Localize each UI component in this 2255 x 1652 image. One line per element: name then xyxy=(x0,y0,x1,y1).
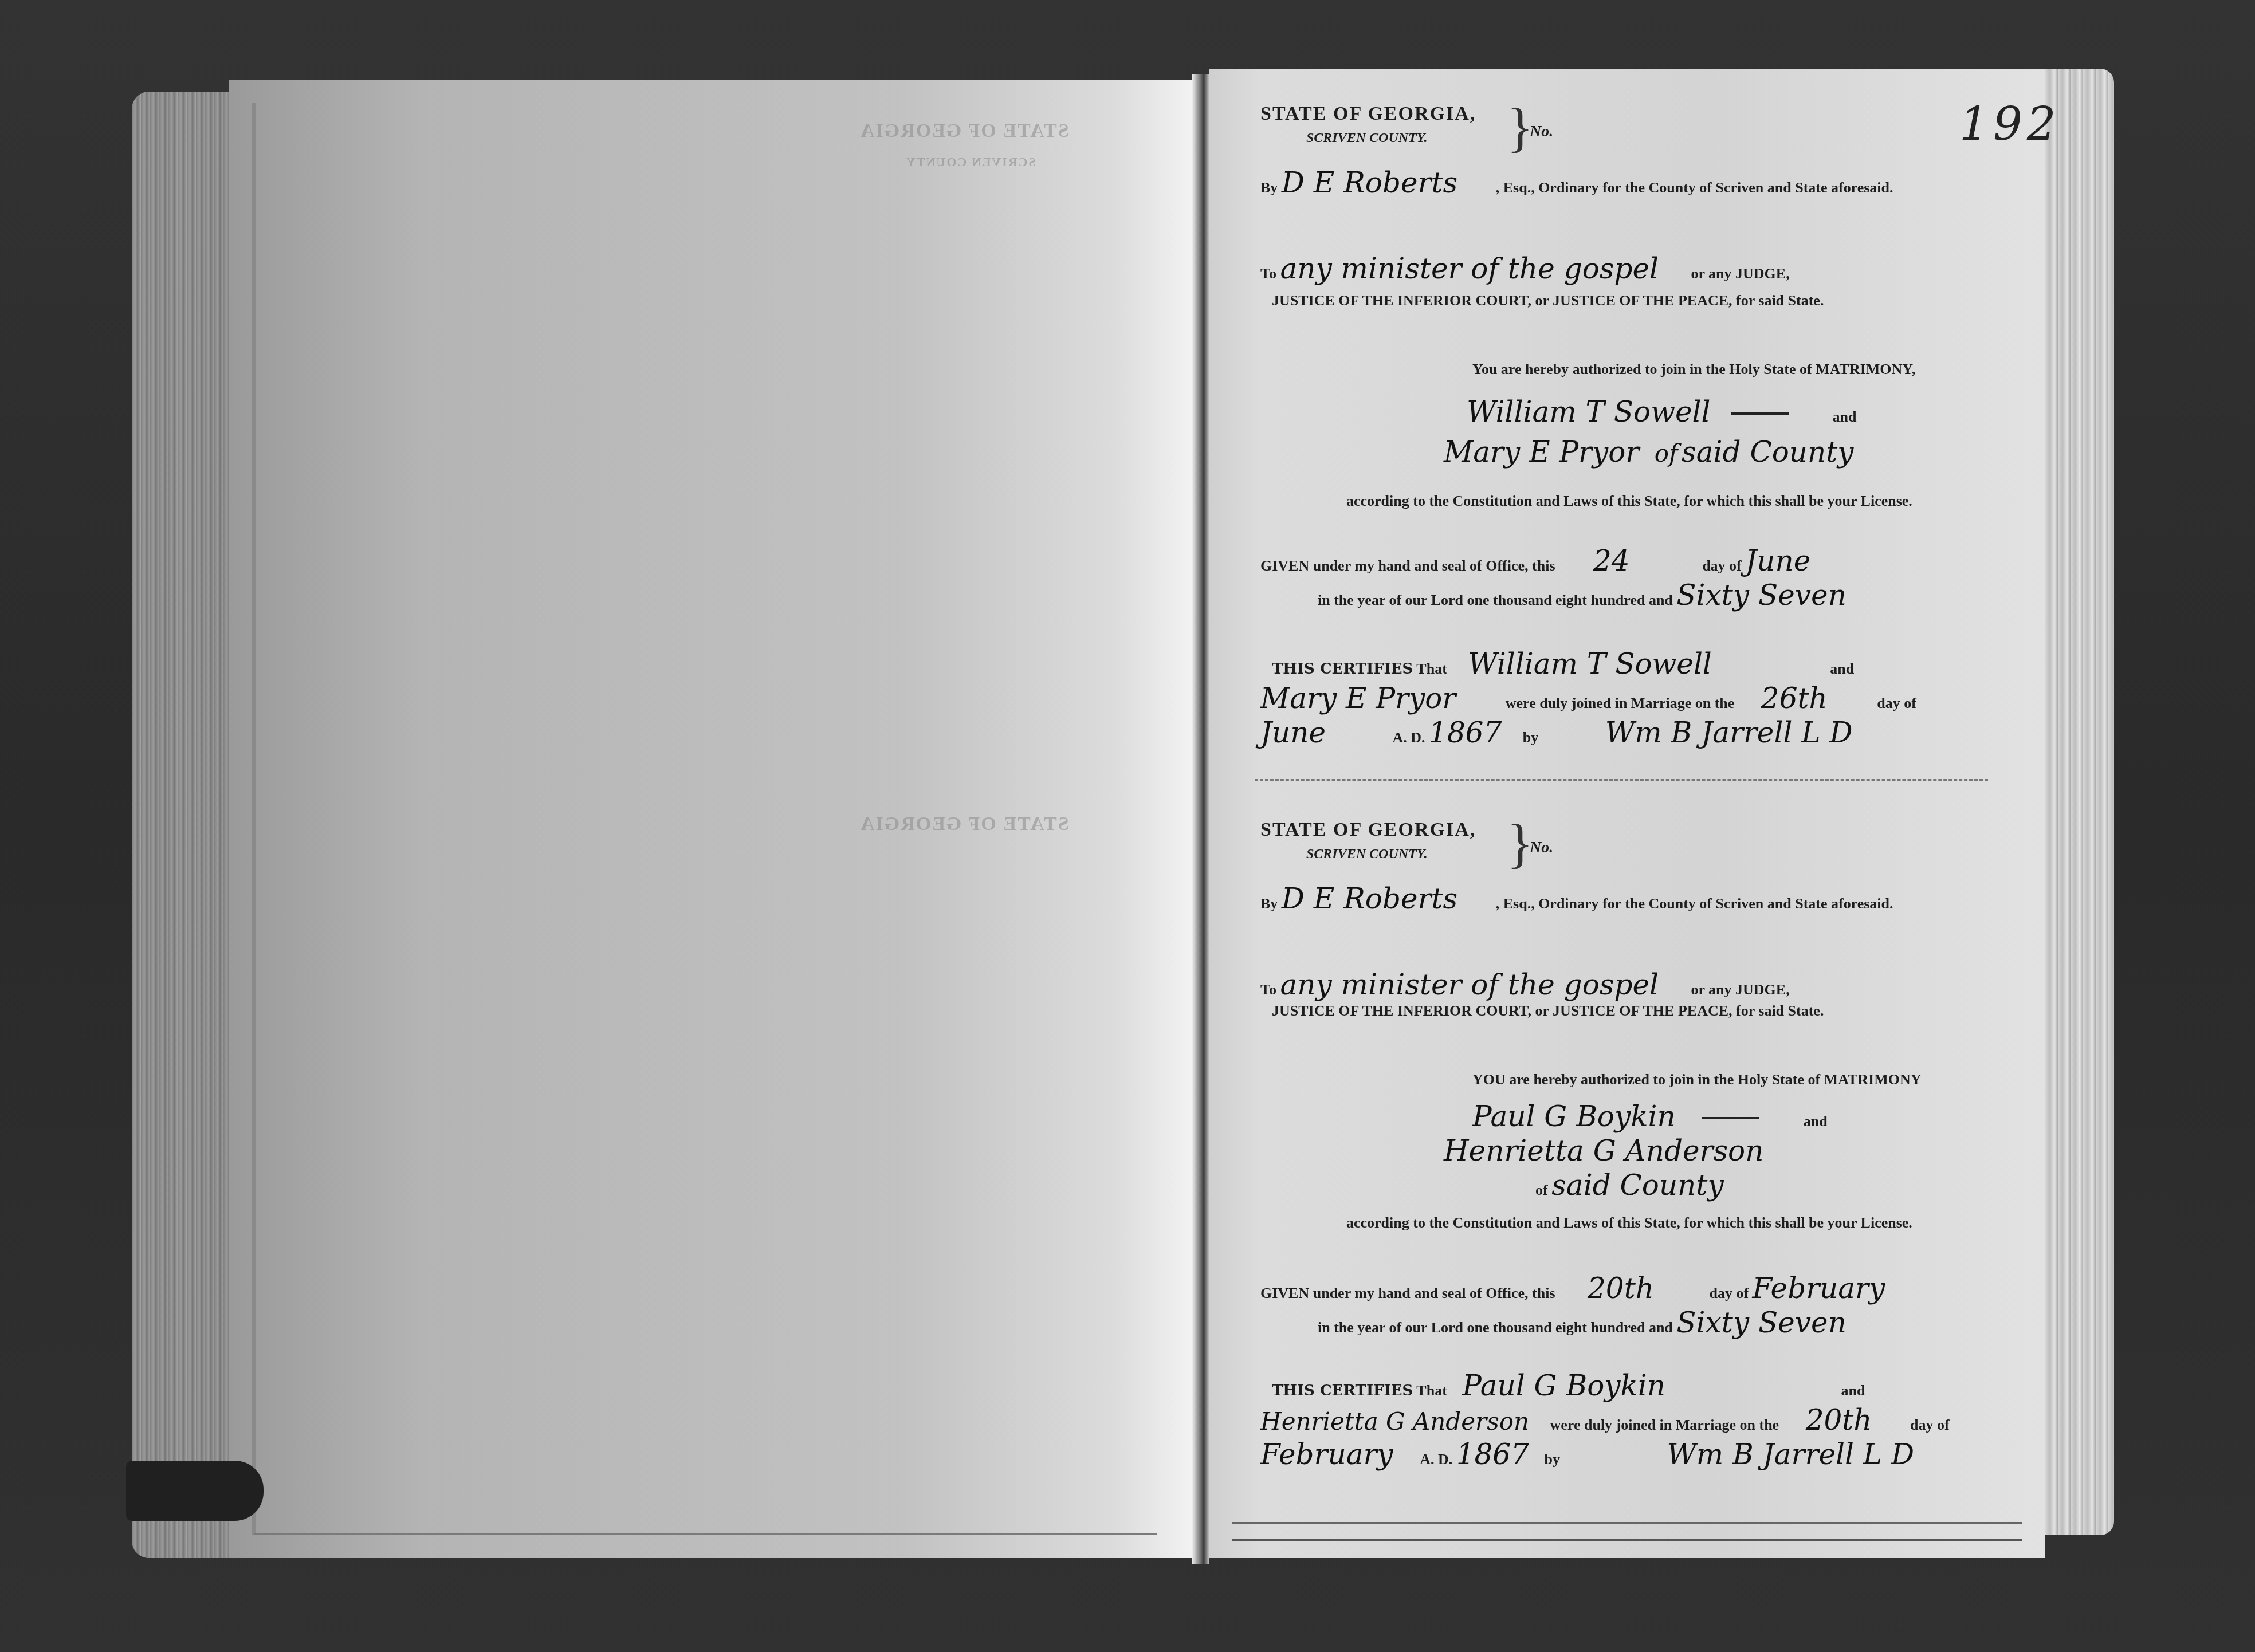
authorized-line: YOU are hereby authorized to join in the… xyxy=(1472,1071,1922,1088)
officiant: Wm B Jarrell L D xyxy=(1667,1438,1914,1471)
joined-line: Henrietta G Anderson were duly joined in… xyxy=(1260,1403,1950,1437)
certifies-label: THIS CERTIFIES xyxy=(1272,1382,1413,1399)
page-bottom-rule-2 xyxy=(1232,1539,2022,1541)
groom-line: William T Sowell and xyxy=(1467,395,1856,428)
marriage-month: June xyxy=(1260,716,1326,749)
ordinary-suffix: , Esq., Ordinary for the County of Scriv… xyxy=(1496,179,1893,196)
given-year-words: Sixty Seven xyxy=(1676,579,1847,612)
given-line: GIVEN under my hand and seal of Office, … xyxy=(1260,544,1810,577)
justice-line: JUSTICE OF THE INFERIOR COURT, or JUSTIC… xyxy=(1272,292,1824,309)
bride-name: Henrietta G Anderson xyxy=(1444,1134,1763,1167)
faded-state-header: STATE OF GEORGIA xyxy=(859,120,1069,142)
day-of-label: day of xyxy=(1877,695,1916,711)
to-label: To xyxy=(1260,265,1276,282)
marriage-year: 1867 xyxy=(1456,1438,1529,1471)
constitution-line: according to the Constitution and Laws o… xyxy=(1346,493,1912,510)
cert-bride: Mary E Pryor xyxy=(1260,682,1456,715)
that-label: That xyxy=(1416,660,1447,677)
that-label: That xyxy=(1416,1382,1447,1399)
residence: said County xyxy=(1682,435,1853,469)
page-number: 192 xyxy=(1959,97,2061,151)
faded-state-header-2: STATE OF GEORGIA xyxy=(859,813,1069,835)
marriage-day: 26th xyxy=(1761,682,1828,715)
groom-name: William T Sowell xyxy=(1467,395,1711,428)
given-year-words: Sixty Seven xyxy=(1676,1306,1847,1339)
faded-county: SCRIVEN COUNTY xyxy=(905,155,1036,170)
by-officiant-label: by xyxy=(1523,729,1538,746)
cert-groom: William T Sowell xyxy=(1468,647,1712,681)
given-label: GIVEN under my hand and seal of Office, … xyxy=(1260,1285,1555,1301)
given-line: GIVEN under my hand and seal of Office, … xyxy=(1260,1272,1885,1305)
ordinary-name: D E Roberts xyxy=(1282,166,1457,199)
of-label: of xyxy=(1535,1182,1548,1198)
right-page-edges xyxy=(2045,69,2114,1535)
by-label: By xyxy=(1260,895,1278,912)
authorized-line: You are hereby authorized to join in the… xyxy=(1472,361,1915,378)
given-month: February xyxy=(1753,1272,1885,1305)
given-label: GIVEN under my hand and seal of Office, … xyxy=(1260,557,1555,574)
entry-separator xyxy=(1255,779,1988,781)
number-label: No. xyxy=(1530,839,1553,857)
groom-line: Paul G Boykin and xyxy=(1472,1100,1828,1133)
addressee-line: To any minister of the gospel or any JUD… xyxy=(1260,252,1790,285)
and-label: and xyxy=(1841,1382,1865,1399)
state-header: STATE OF GEORGIA, xyxy=(1260,819,1476,841)
ordinary-name: D E Roberts xyxy=(1282,882,1457,915)
county-header: SCRIVEN COUNTY. xyxy=(1306,131,1428,146)
day-of-label: day of xyxy=(1702,557,1742,574)
ordinary-line: By D E Roberts , Esq., Ordinary for the … xyxy=(1260,166,1893,199)
officiant-line: June A. D. 1867 by Wm B Jarrell L D xyxy=(1260,716,1852,749)
county-header: SCRIVEN COUNTY. xyxy=(1306,847,1428,862)
certifies-line: THIS CERTIFIES That William T Sowell and xyxy=(1272,647,1854,681)
addressee: any minister of the gospel xyxy=(1280,252,1659,285)
day-of-label: day of xyxy=(1709,1285,1749,1301)
officiant: Wm B Jarrell L D xyxy=(1605,716,1853,749)
justice-line: JUSTICE OF THE INFERIOR COURT, or JUSTIC… xyxy=(1272,1002,1824,1020)
day-of-label: day of xyxy=(1910,1417,1950,1433)
given-day: 24 xyxy=(1593,544,1630,577)
right-page: STATE OF GEORGIA, SCRIVEN COUNTY. } No. … xyxy=(1209,69,2045,1558)
bride-line: Mary E Pryor of said County xyxy=(1444,435,1854,469)
year-label: in the year of our Lord one thousand eig… xyxy=(1318,1319,1673,1336)
bride-line: Henrietta G Anderson xyxy=(1444,1134,1763,1167)
addressee-line: To any minister of the gospel or any JUD… xyxy=(1260,968,1790,1001)
by-label: By xyxy=(1260,179,1278,196)
by-officiant-label: by xyxy=(1544,1451,1559,1468)
addressee-suffix: or any JUDGE, xyxy=(1691,981,1790,998)
given-month: June xyxy=(1745,544,1810,577)
and-label: and xyxy=(1830,660,1854,677)
marriage-month: February xyxy=(1260,1438,1393,1471)
given-day: 20th xyxy=(1588,1272,1654,1305)
and-label: and xyxy=(1833,408,1857,425)
certifies-label: THIS CERTIFIES xyxy=(1272,660,1413,678)
number-label: No. xyxy=(1530,123,1553,141)
officiant-line: February A. D. 1867 by Wm B Jarrell L D xyxy=(1260,1438,1914,1471)
groom-name: Paul G Boykin xyxy=(1472,1100,1676,1133)
and-label: and xyxy=(1804,1113,1828,1130)
cert-groom: Paul G Boykin xyxy=(1462,1369,1665,1402)
year-line: in the year of our Lord one thousand eig… xyxy=(1318,1306,1847,1339)
marriage-year: 1867 xyxy=(1429,716,1502,749)
addressee-suffix: or any JUDGE, xyxy=(1691,265,1790,282)
joined-label: were duly joined in Marriage on the xyxy=(1550,1417,1779,1433)
ad-label: A. D. xyxy=(1393,729,1425,746)
ad-label: A. D. xyxy=(1420,1451,1452,1468)
page-bottom-rule xyxy=(1232,1522,2022,1524)
residence: said County xyxy=(1551,1169,1723,1202)
to-label: To xyxy=(1260,981,1276,998)
ordinary-suffix: , Esq., Ordinary for the County of Scriv… xyxy=(1496,895,1893,912)
certifies-line: THIS CERTIFIES That Paul G Boykin and xyxy=(1272,1369,1865,1402)
cert-bride: Henrietta G Anderson xyxy=(1260,1407,1529,1435)
joined-line: Mary E Pryor were duly joined in Marriag… xyxy=(1260,682,1916,715)
state-header: STATE OF GEORGIA, xyxy=(1260,103,1476,125)
book-gutter xyxy=(1192,74,1209,1564)
ordinary-line: By D E Roberts , Esq., Ordinary for the … xyxy=(1260,882,1893,915)
of-label: of xyxy=(1655,439,1678,467)
open-register-book: STATE OF GEORGIA SCRIVEN COUNTY STATE OF… xyxy=(132,63,2114,1587)
addressee: any minister of the gospel xyxy=(1280,968,1659,1001)
joined-label: were duly joined in Marriage on the xyxy=(1506,695,1735,711)
left-page: STATE OF GEORGIA SCRIVEN COUNTY STATE OF… xyxy=(229,80,1192,1558)
year-label: in the year of our Lord one thousand eig… xyxy=(1318,592,1673,608)
marriage-day: 20th xyxy=(1806,1403,1872,1437)
constitution-line: according to the Constitution and Laws o… xyxy=(1346,1214,1912,1232)
residence-line: of said County xyxy=(1535,1169,1724,1202)
bride-name: Mary E Pryor xyxy=(1444,435,1639,469)
year-line: in the year of our Lord one thousand eig… xyxy=(1318,579,1847,612)
operator-thumb xyxy=(126,1461,264,1521)
